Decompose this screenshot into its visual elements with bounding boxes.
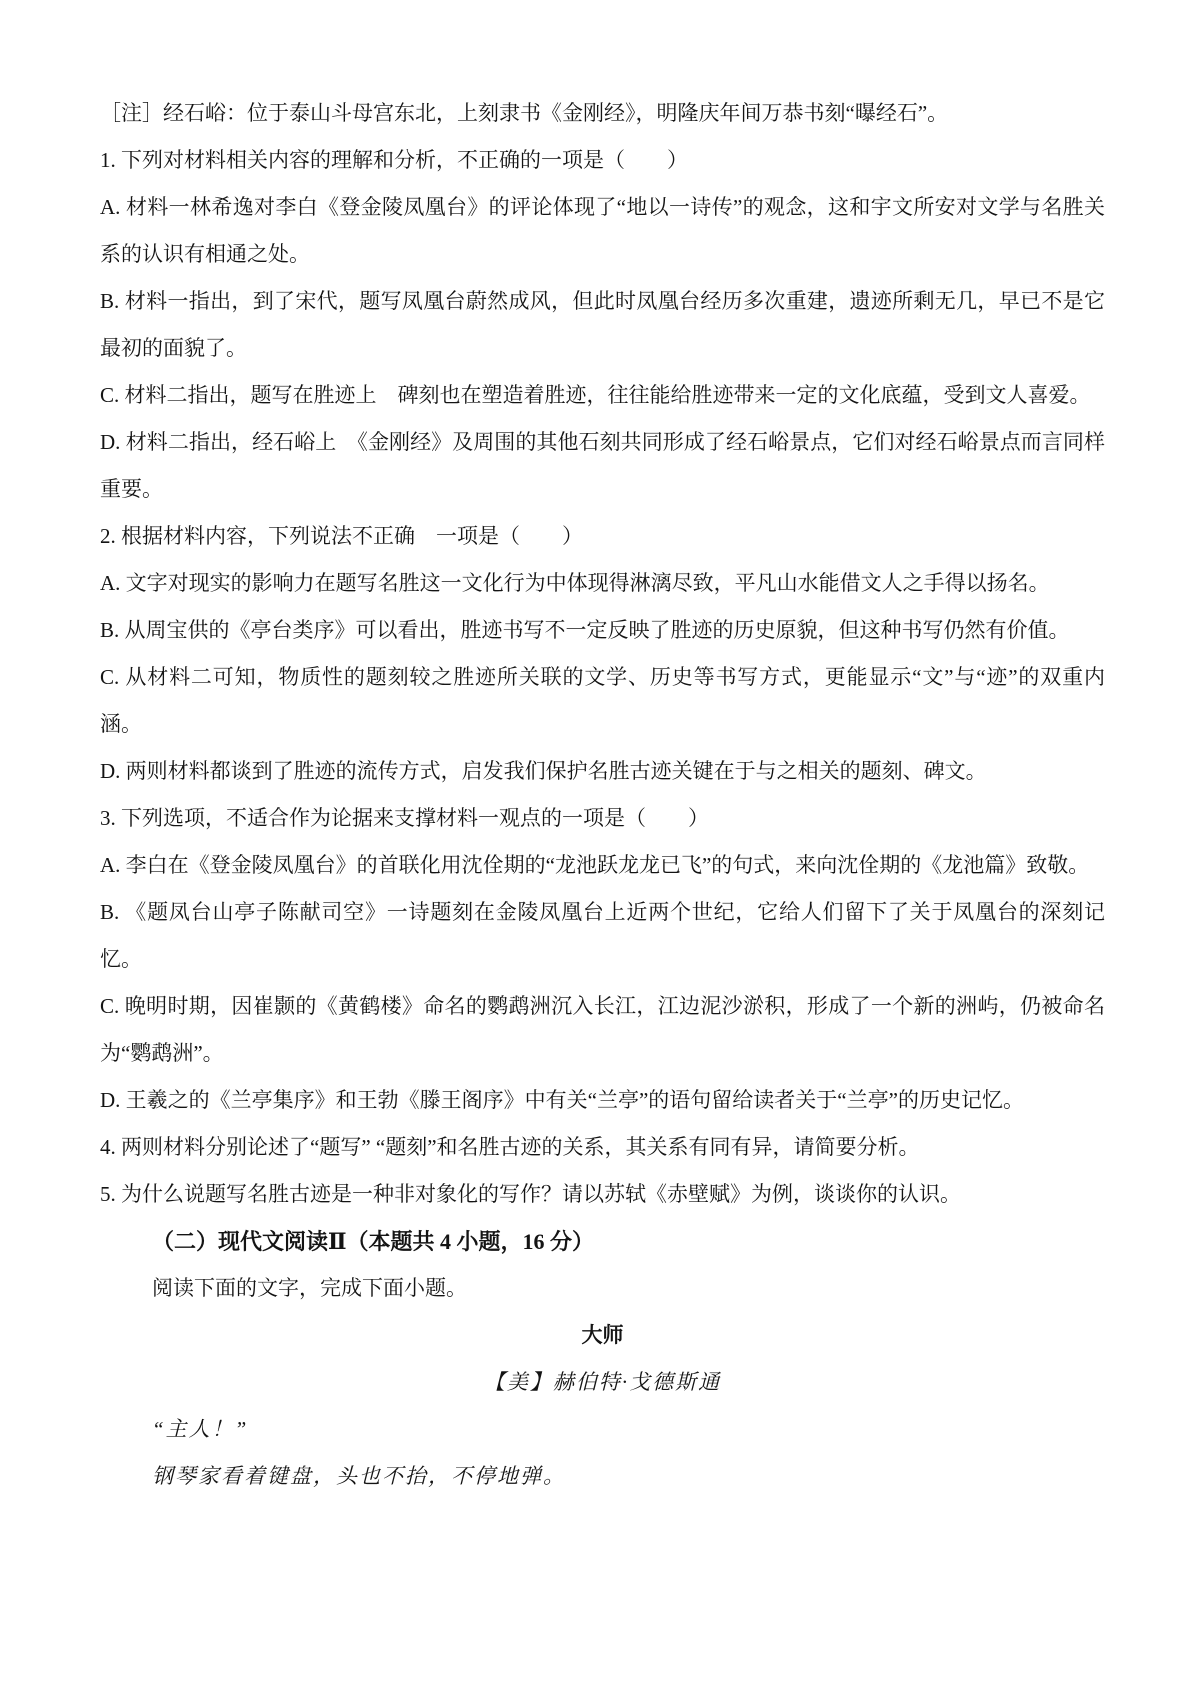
exam-page: ［注］经石峪：位于泰山斗母宫东北，上刻隶书《金刚经》，明隆庆年间万恭书刻“曝经石… [0,0,1200,1698]
question-2-option-b: B. 从周宝供的《亭台类序》可以看出，胜迹书写不一定反映了胜迹的历史原貌，但这种… [100,607,1105,654]
reading2-instruction: 阅读下面的文字，完成下面小题。 [100,1265,1105,1312]
story-author: 【美】赫伯特·戈德斯通 [100,1359,1105,1406]
question-1-option-c: C. 材料二指出，题写在胜迹上 碑刻也在塑造着胜迹，往往能给胜迹带来一定的文化底… [100,372,1105,419]
question-5: 5. 为什么说题写名胜古迹是一种非对象化的写作？请以苏轼《赤壁赋》为例，谈谈你的… [100,1171,1105,1218]
question-1-option-b: B. 材料一指出，到了宋代，题写凤凰台蔚然成风，但此时凤凰台经历多次重建，遗迹所… [100,278,1105,372]
section-heading-reading2: （二）现代文阅读Ⅱ（本题共 4 小题，16 分） [100,1218,1105,1265]
footnote-jingshiyu: ［注］经石峪：位于泰山斗母宫东北，上刻隶书《金刚经》，明隆庆年间万恭书刻“曝经石… [100,90,1105,137]
story-title: 大师 [100,1312,1105,1359]
story-paragraph: “主人！” [100,1406,1105,1453]
question-1-option-d: D. 材料二指出，经石峪上 《金刚经》及周围的其他石刻共同形成了经石峪景点，它们… [100,419,1105,513]
question-2-option-c: C. 从材料二可知，物质性的题刻较之胜迹所关联的文学、历史等书写方式，更能显示“… [100,654,1105,748]
question-3-stem: 3. 下列选项，不适合作为论据来支撑材料一观点的一项是（ ） [100,795,1105,842]
question-1-stem: 1. 下列对材料相关内容的理解和分析，不正确的一项是（ ） [100,137,1105,184]
story-paragraph: 钢琴家看着键盘，头也不抬，不停地弹。 [100,1453,1105,1500]
question-3-option-a: A. 李白在《登金陵凤凰台》的首联化用沈佺期的“龙池跃龙龙已飞”的句式，来向沈佺… [100,842,1105,889]
question-3-option-b: B. 《题凤台山亭子陈献司空》一诗题刻在金陵凤凰台上近两个世纪，它给人们留下了关… [100,889,1105,983]
question-2-stem: 2. 根据材料内容，下列说法不正确 一项是（ ） [100,513,1105,560]
question-1-option-a: A. 材料一林希逸对李白《登金陵凤凰台》的评论体现了“地以一诗传”的观念，这和宇… [100,184,1105,278]
question-2-option-d: D. 两则材料都谈到了胜迹的流传方式，启发我们保护名胜古迹关键在于与之相关的题刻… [100,748,1105,795]
question-2-option-a: A. 文字对现实的影响力在题写名胜这一文化行为中体现得淋漓尽致，平凡山水能借文人… [100,560,1105,607]
question-4: 4. 两则材料分别论述了“题写” “题刻”和名胜古迹的关系，其关系有同有异，请简… [100,1124,1105,1171]
question-3-option-c: C. 晚明时期，因崔颢的《黄鹤楼》命名的鹦鹉洲沉入长江，江边泥沙淤积，形成了一个… [100,983,1105,1077]
question-3-option-d: D. 王羲之的《兰亭集序》和王勃《滕王阁序》中有关“兰亭”的语句留给读者关于“兰… [100,1077,1105,1124]
